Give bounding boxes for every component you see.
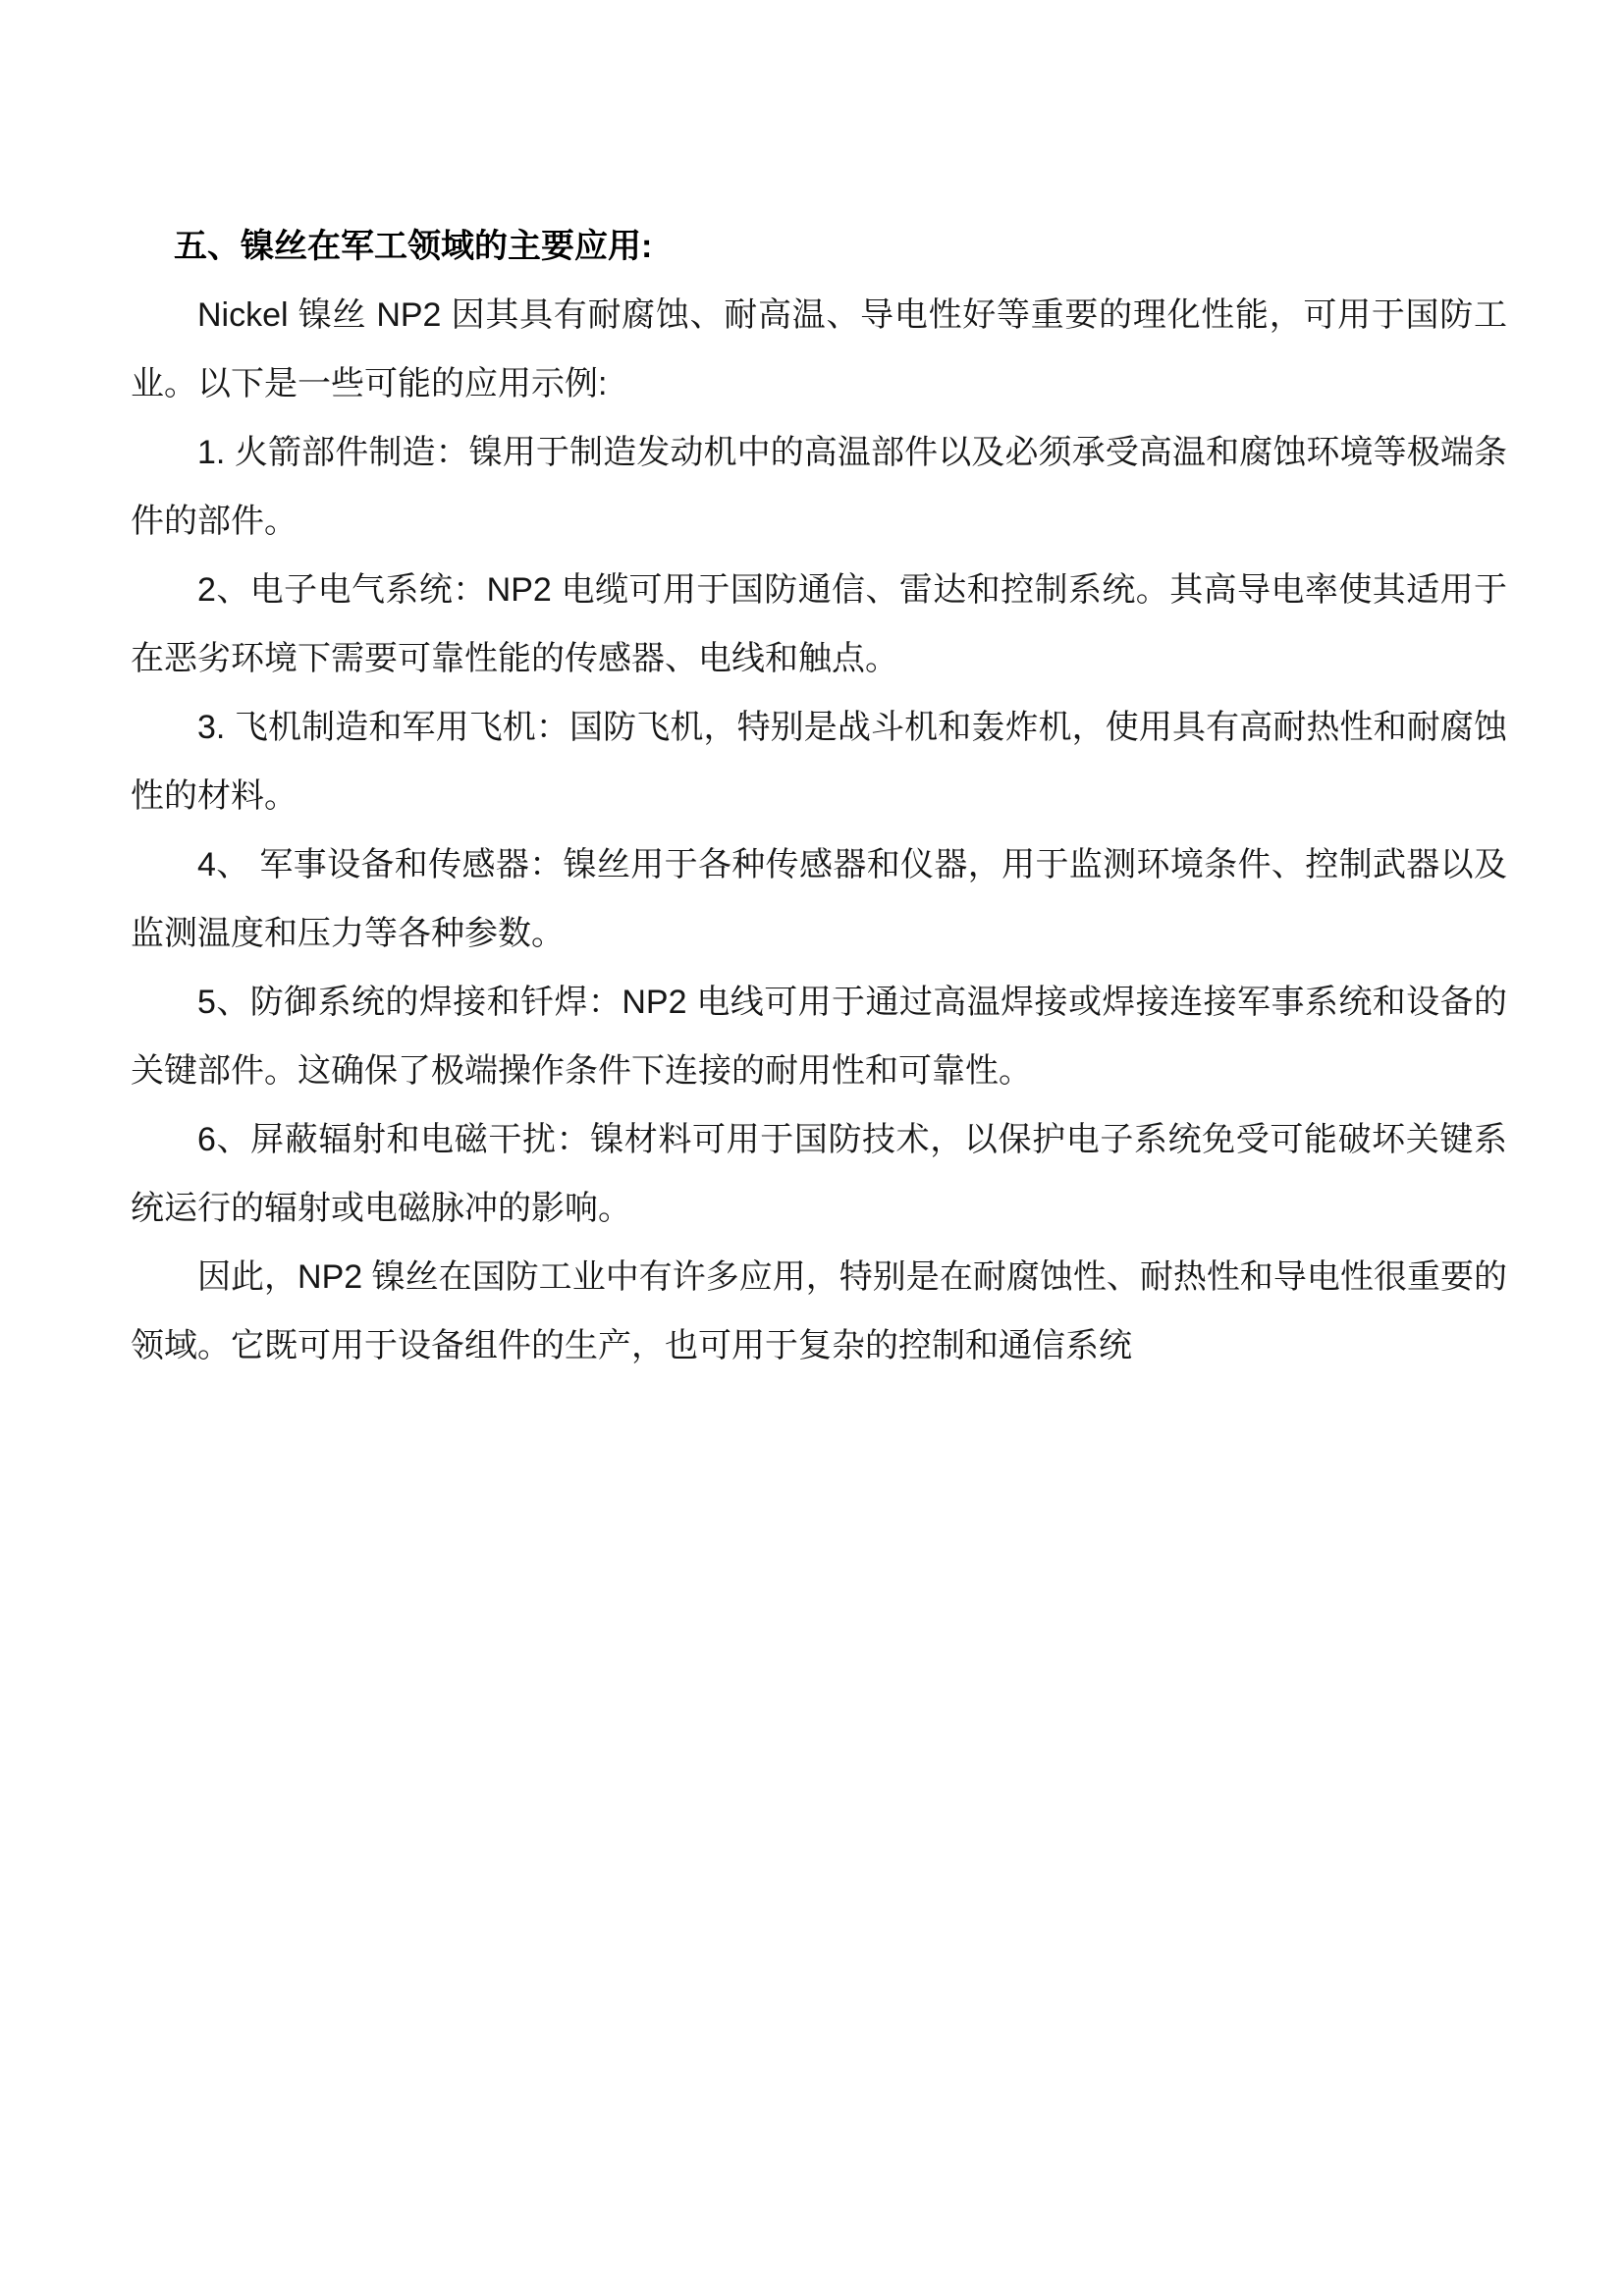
list-item-2: 2、电子电气系统：NP2 电缆可用于国防通信、雷达和控制系统。其高导电率使其适用… bbox=[131, 556, 1507, 693]
list-item-1: 1. 火箭部件制造：镍用于制造发动机中的高温部件以及必须承受高温和腐蚀环境等极端… bbox=[131, 418, 1507, 556]
list-item-4: 4、 军事设备和传感器：镍丝用于各种传感器和仪器，用于监测环境条件、控制武器以及… bbox=[131, 830, 1507, 968]
list-item-5: 5、防御系统的焊接和钎焊：NP2 电线可用于通过高温焊接或焊接连接军事系统和设备… bbox=[131, 968, 1507, 1105]
list-item-6: 6、屏蔽辐射和电磁干扰：镍材料可用于国防技术，以保护电子系统免受可能破坏关键系统… bbox=[131, 1105, 1507, 1243]
paragraph-conclusion: 因此，NP2 镍丝在国防工业中有许多应用，特别是在耐腐蚀性、耐热性和导电性很重要… bbox=[131, 1243, 1507, 1380]
document-page: 五、镍丝在军工领域的主要应用: Nickel 镍丝 NP2 因其具有耐腐蚀、耐高… bbox=[0, 0, 1623, 2296]
paragraph-intro: Nickel 镍丝 NP2 因其具有耐腐蚀、耐高温、导电性好等重要的理化性能，可… bbox=[131, 281, 1507, 418]
list-item-3: 3. 飞机制造和军用飞机：国防飞机，特别是战斗机和轰炸机，使用具有高耐热性和耐腐… bbox=[131, 693, 1507, 830]
section-title: 五、镍丝在军工领域的主要应用: bbox=[131, 212, 1507, 281]
